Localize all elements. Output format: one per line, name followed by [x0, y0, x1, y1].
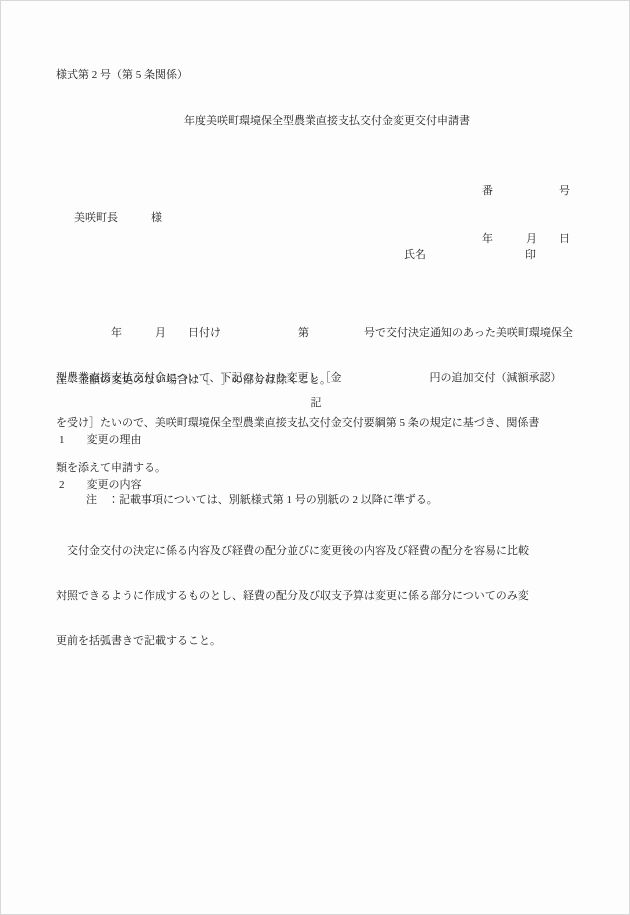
body-paragraph-line: 年 月 日付け 第 号で交付決定通知のあった美咲町環境保全	[56, 326, 596, 341]
document-title: 年度美咲町環境保全型農業直接支払交付金変更交付申請書	[1, 112, 630, 128]
item-2-change-content: 2 変更の内容	[59, 476, 142, 492]
item-1-change-reason: 1 変更の理由	[59, 431, 142, 447]
reference-number-line: 番 号	[482, 183, 570, 199]
body-paragraph-line: 類を添えて申請する。	[56, 461, 596, 476]
footer-paragraph-line: 交付金交付の決定に係る内容及び経費の配分並びに変更後の内容及び経費の配分を容易に…	[56, 544, 596, 559]
section-marker-ki: 記	[1, 394, 630, 410]
form-number-label: 様式第 2 号（第 5 条関係）	[56, 66, 188, 82]
bracket-exclusion-note: 注：金額の変更のない場合は［ ］の部分は除くこと。	[56, 371, 331, 387]
name-seal-line: 氏名 印	[404, 246, 536, 262]
footer-paragraph-line: 更前を括弧書きで記載すること。	[56, 634, 596, 649]
footer-paragraph-line: 対照できるように作成するものとし、経費の配分及び収支予算は変更に係る部分について…	[56, 589, 596, 604]
item-2-note: 注 ：記載事項については、別紙様式第 1 号の別紙の 2 以降に準ずる。	[86, 491, 438, 507]
date-line: 年 月 日	[482, 231, 570, 247]
document-page: 様式第 2 号（第 5 条関係） 年度美咲町環境保全型農業直接支払交付金変更交付…	[0, 0, 630, 915]
addressee-line: 美咲町長 様	[74, 209, 162, 225]
body-paragraph-line: を受け］たいので、美咲町環境保全型農業直接支払交付金交付要綱第 5 条の規定に基…	[56, 416, 596, 431]
footer-paragraph: 交付金交付の決定に係る内容及び経費の配分並びに変更後の内容及び経費の配分を容易に…	[56, 514, 596, 679]
